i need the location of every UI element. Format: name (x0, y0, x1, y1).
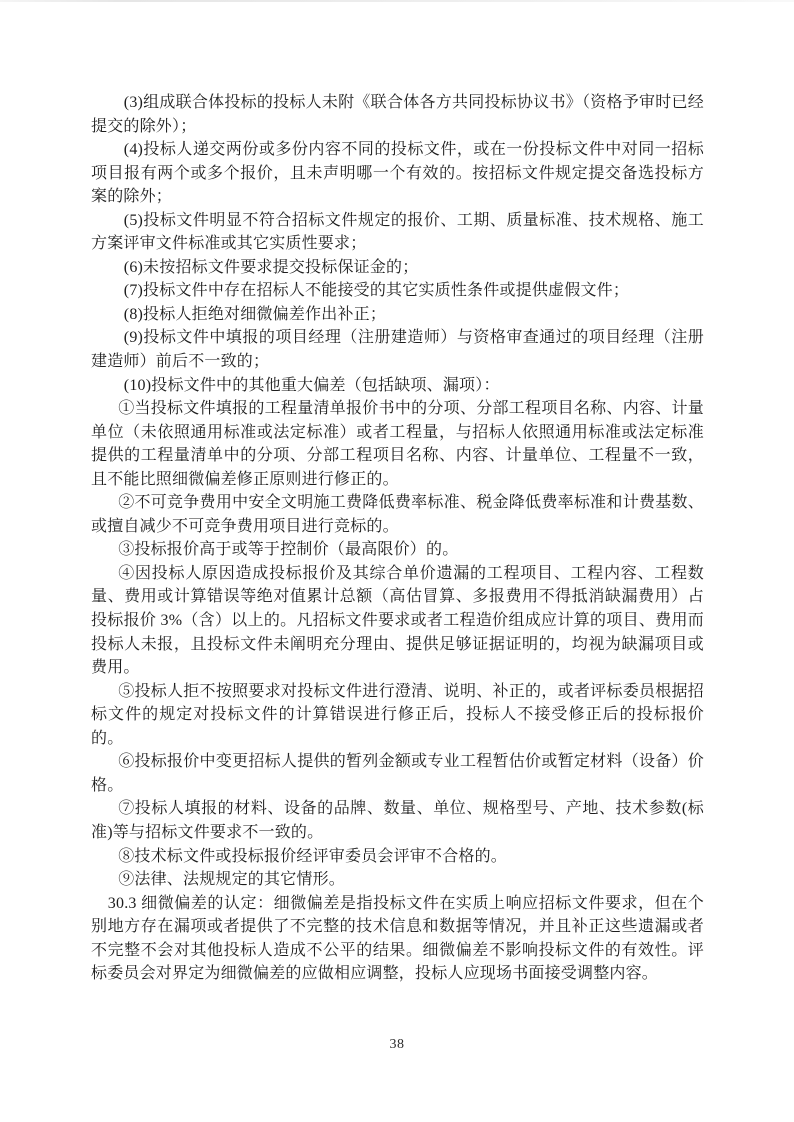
clause-7: (7)投标文件中存在招标人不能接受的其它实质性条件或提供虚假文件； (91, 279, 704, 303)
sub-item-3: ③投标报价高于或等于控制价（最高限价）的。 (91, 538, 704, 562)
clause-8: (8)投标人拒绝对细微偏差作出补正； (91, 303, 704, 327)
sub-item-4: ④因投标人原因造成投标报价及其综合单价遗漏的工程项目、工程内容、工程数量、费用或… (91, 562, 704, 680)
page-number: 38 (0, 1037, 794, 1053)
clause-9: (9)投标文件中填报的项目经理（注册建造师）与资格审查通过的项目经理（注册建造师… (91, 326, 704, 373)
sub-item-5: ⑤投标人拒不按照要求对投标文件进行澄清、说明、补正的，或者评标委员根据招标文件的… (91, 680, 704, 751)
sub-item-2: ②不可竞争费用中安全文明施工费降低费率标准、税金降低费率标准和计费基数、或擅自减… (91, 491, 704, 538)
sub-item-6: ⑥投标报价中变更招标人提供的暂列金额或专业工程暂估价或暂定材料（设备）价格。 (91, 750, 704, 797)
clause-5: (5)投标文件明显不符合招标文件规定的报价、工期、质量标准、技术规格、施工方案评… (91, 209, 704, 256)
document-body-text: (3)组成联合体投标的投标人未附《联合体各方共同投标协议书》（资格予审时已经提交… (91, 91, 704, 986)
sub-item-1: ①当投标文件填报的工程量清单报价书中的分项、分部工程项目名称、内容、计量单位（未… (91, 397, 704, 491)
sub-item-8: ⑧技术标文件或投标报价经评审委员会评审不合格的。 (91, 845, 704, 869)
clause-10: (10)投标文件中的其他重大偏差（包括缺项、漏项）： (91, 374, 704, 398)
clause-4: (4)投标人递交两份或多份内容不同的投标文件，或在一份投标文件中对同一招标项目报… (91, 138, 704, 209)
sub-item-9: ⑨法律、法规规定的其它情形。 (91, 868, 704, 892)
clause-6: (6)未按招标文件要求提交投标保证金的； (91, 256, 704, 280)
scan-edge-artifact (0, 0, 794, 2)
clause-3: (3)组成联合体投标的投标人未附《联合体各方共同投标协议书》（资格予审时已经提交… (91, 91, 704, 138)
document-page: (3)组成联合体投标的投标人未附《联合体各方共同投标协议书》（资格予审时已经提交… (0, 0, 794, 1122)
section-30-3: 30.3 细微偏差的认定：细微偏差是指投标文件在实质上响应招标文件要求，但在个别… (91, 892, 704, 986)
sub-item-7: ⑦投标人填报的材料、设备的品牌、数量、单位、规格型号、产地、技术参数(标准)等与… (91, 797, 704, 844)
